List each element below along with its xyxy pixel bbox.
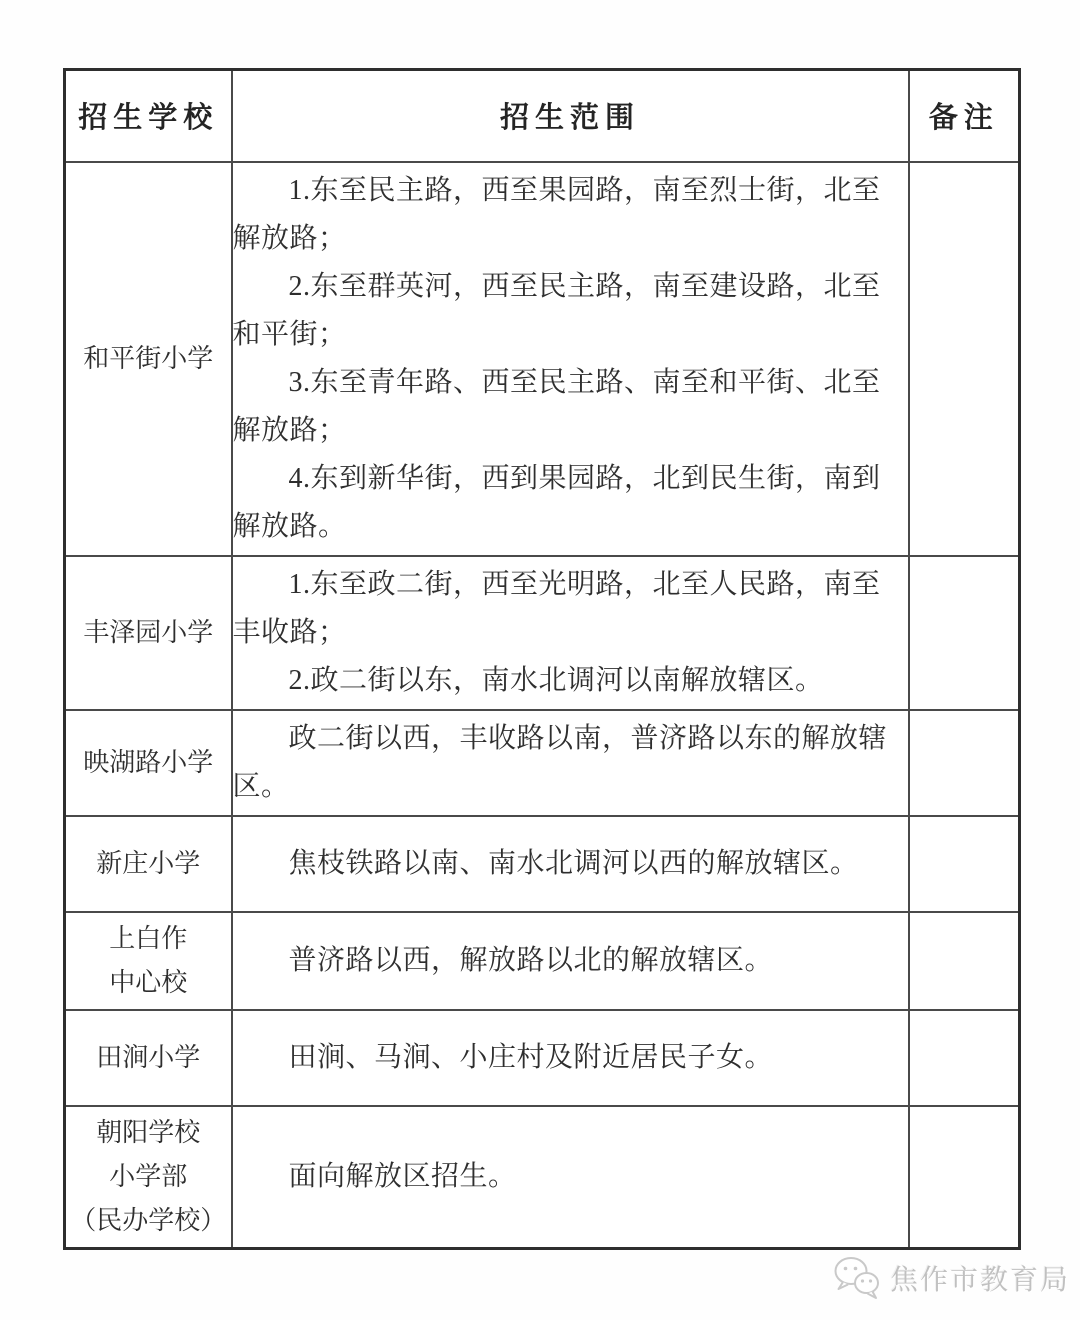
remark-cell	[909, 1010, 1020, 1106]
school-name-cell: 和平街小学	[65, 162, 232, 556]
school-name-cell: 映湖路小学	[65, 710, 232, 816]
watermark: 焦作市教育局	[833, 1250, 1063, 1306]
scope-cell: 面向解放区招生。	[232, 1106, 909, 1249]
remark-cell	[909, 912, 1020, 1010]
school-name-cell: 新庄小学	[65, 816, 232, 912]
table-row: 映湖路小学政二街以西，丰收路以南，普济路以东的解放辖区。	[65, 710, 1020, 816]
table-row: 朝阳学校小学部（民办学校）面向解放区招生。	[65, 1106, 1020, 1249]
school-name-line: 丰泽园小学	[68, 611, 229, 655]
school-name-line: 田涧小学	[68, 1036, 229, 1080]
remark-cell	[909, 816, 1020, 912]
page: 招生学校 招生范围 备注 和平街小学1.东至民主路，西至果园路，南至烈士街，北至…	[0, 0, 1080, 1320]
school-name-line: （民办学校）	[68, 1199, 229, 1243]
remark-cell	[909, 710, 1020, 816]
scope-paragraph: 1.东至政二街，西至光明路，北至人民路，南至丰收路；	[233, 561, 906, 657]
remark-cell	[909, 556, 1020, 710]
wechat-icon	[833, 1255, 883, 1301]
scope-paragraph: 4.东到新华街，西到果园路，北到民生街，南到解放路。	[233, 455, 906, 551]
remark-cell	[909, 162, 1020, 556]
scope-cell: 普济路以西，解放路以北的解放辖区。	[232, 912, 909, 1010]
header-row: 招生学校 招生范围 备注	[65, 70, 1020, 162]
scope-cell: 1.东至民主路，西至果园路，南至烈士街，北至解放路；2.东至群英河，西至民主路，…	[232, 162, 909, 556]
watermark-label: 焦作市教育局	[890, 1258, 1070, 1298]
school-name-line: 朝阳学校	[68, 1111, 229, 1155]
table-row: 和平街小学1.东至民主路，西至果园路，南至烈士街，北至解放路；2.东至群英河，西…	[65, 162, 1020, 556]
remark-cell	[909, 1106, 1020, 1249]
scope-cell: 焦枝铁路以南、南水北调河以西的解放辖区。	[232, 816, 909, 912]
school-name-line: 映湖路小学	[68, 741, 229, 785]
header-scope: 招生范围	[232, 70, 909, 162]
scope-paragraph: 2.东至群英河，西至民主路，南至建设路，北至和平街；	[233, 263, 906, 359]
school-name-cell: 田涧小学	[65, 1010, 232, 1106]
school-name-line: 小学部	[68, 1155, 229, 1199]
scope-paragraph: 政二街以西，丰收路以南，普济路以东的解放辖区。	[233, 715, 906, 811]
school-name-line: 中心校	[68, 961, 229, 1005]
scope-paragraph: 焦枝铁路以南、南水北调河以西的解放辖区。	[233, 840, 906, 888]
table-row: 田涧小学田涧、马涧、小庄村及附近居民子女。	[65, 1010, 1020, 1106]
table-row: 新庄小学焦枝铁路以南、南水北调河以西的解放辖区。	[65, 816, 1020, 912]
scope-cell: 田涧、马涧、小庄村及附近居民子女。	[232, 1010, 909, 1106]
scope-paragraph: 3.东至青年路、西至民主路、南至和平街、北至解放路；	[233, 359, 906, 455]
school-name-line: 新庄小学	[68, 842, 229, 886]
table-row: 上白作中心校普济路以西，解放路以北的解放辖区。	[65, 912, 1020, 1010]
school-name-line: 和平街小学	[68, 337, 229, 381]
enrollment-table: 招生学校 招生范围 备注 和平街小学1.东至民主路，西至果园路，南至烈士街，北至…	[63, 68, 1021, 1250]
table-row: 丰泽园小学1.东至政二街，西至光明路，北至人民路，南至丰收路；2.政二街以东，南…	[65, 556, 1020, 710]
school-name-cell: 上白作中心校	[65, 912, 232, 1010]
school-name-cell: 丰泽园小学	[65, 556, 232, 710]
school-name-line: 上白作	[68, 917, 229, 961]
scope-cell: 政二街以西，丰收路以南，普济路以东的解放辖区。	[232, 710, 909, 816]
scope-paragraph: 田涧、马涧、小庄村及附近居民子女。	[233, 1034, 906, 1082]
scope-paragraph: 2.政二街以东，南水北调河以南解放辖区。	[233, 657, 906, 705]
header-school: 招生学校	[65, 70, 232, 162]
scope-paragraph: 1.东至民主路，西至果园路，南至烈士街，北至解放路；	[233, 167, 906, 263]
scope-paragraph: 面向解放区招生。	[233, 1153, 906, 1201]
school-name-cell: 朝阳学校小学部（民办学校）	[65, 1106, 232, 1249]
scope-cell: 1.东至政二街，西至光明路，北至人民路，南至丰收路；2.政二街以东，南水北调河以…	[232, 556, 909, 710]
table-body: 和平街小学1.东至民主路，西至果园路，南至烈士街，北至解放路；2.东至群英河，西…	[65, 162, 1020, 1249]
scope-paragraph: 普济路以西，解放路以北的解放辖区。	[233, 937, 906, 985]
header-remark: 备注	[909, 70, 1020, 162]
